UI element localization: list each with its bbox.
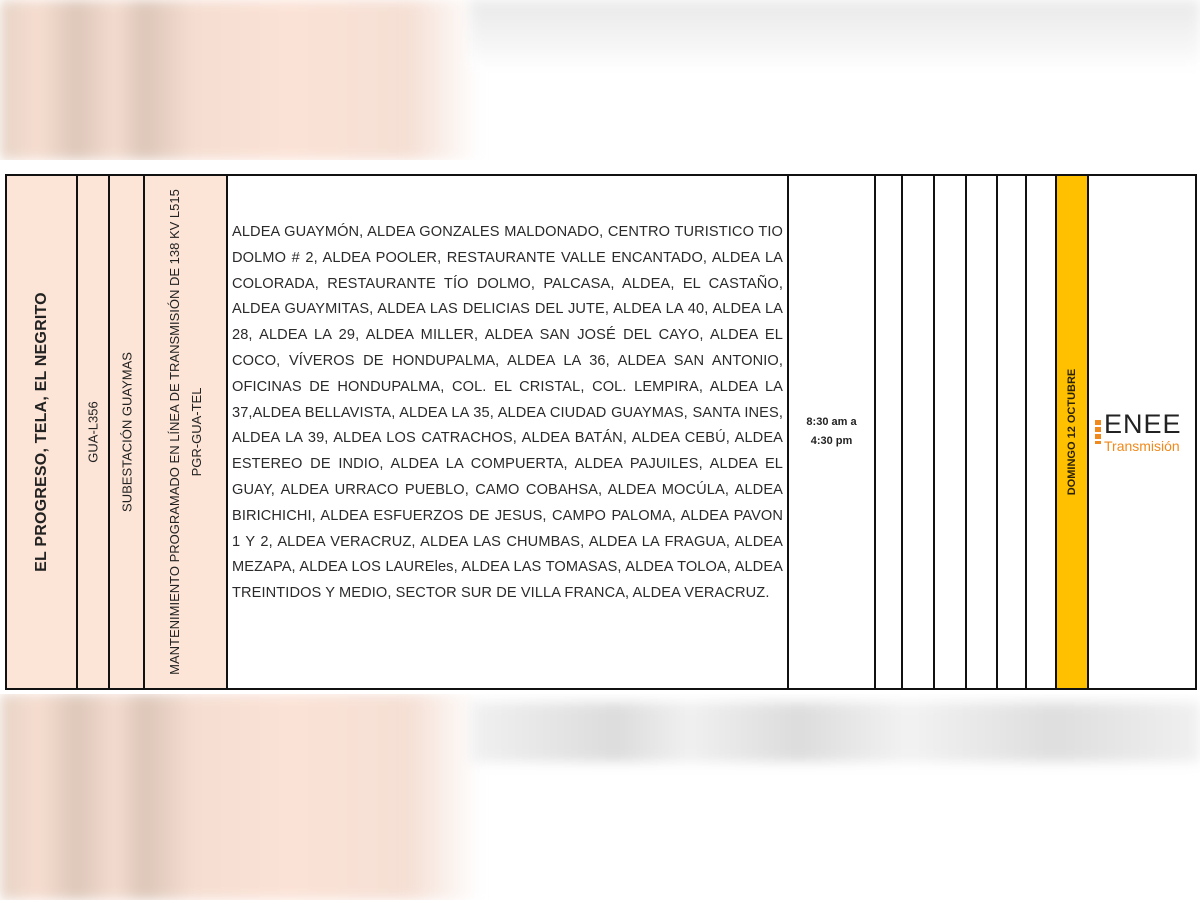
empty-day-cell bbox=[1027, 176, 1057, 688]
time-range: 8:30 am a 4:30 pm bbox=[789, 413, 874, 451]
blurred-peach-area bbox=[0, 694, 480, 900]
blurred-grey-area bbox=[470, 702, 1200, 762]
time-start: 8:30 am a bbox=[789, 413, 874, 432]
blurred-peach-area bbox=[0, 0, 480, 160]
circuit-code-cell: GUA-L356 bbox=[78, 176, 110, 688]
empty-day-cell bbox=[935, 176, 967, 688]
date-cell: DOMINGO 12 OCTUBRE bbox=[1057, 176, 1089, 688]
blurred-background-bottom bbox=[0, 694, 1200, 900]
enee-logo: ENEE Transmisión bbox=[1095, 411, 1182, 453]
substation-text: SUBESTACIÓN GUAYMAS bbox=[119, 352, 134, 512]
logo-subtitle: Transmisión bbox=[1104, 439, 1182, 453]
time-cell: 8:30 am a 4:30 pm bbox=[789, 176, 876, 688]
blurred-grey-area bbox=[470, 0, 1200, 70]
substation-cell: SUBESTACIÓN GUAYMAS bbox=[110, 176, 145, 688]
outage-schedule-row: EL PROGRESO, TELA, EL NEGRITO GUA-L356 S… bbox=[5, 174, 1197, 690]
circuit-code-text: GUA-L356 bbox=[86, 401, 101, 462]
affected-areas-cell: ALDEA GUAYMÓN, ALDEA GONZALES MALDONADO,… bbox=[228, 176, 789, 688]
empty-day-cell bbox=[903, 176, 935, 688]
work-description-cell: MANTENIMIENTO PROGRAMADO EN LÍNEA DE TRA… bbox=[145, 176, 228, 688]
logo-cell: ENEE Transmisión bbox=[1089, 176, 1195, 688]
logo-name: ENEE bbox=[1104, 411, 1182, 438]
work-description-text: MANTENIMIENTO PROGRAMADO EN LÍNEA DE TRA… bbox=[164, 182, 208, 682]
enee-logo-icon bbox=[1095, 420, 1101, 444]
blurred-background-top bbox=[0, 0, 1200, 160]
affected-areas-text: ALDEA GUAYMÓN, ALDEA GONZALES MALDONADO,… bbox=[232, 220, 783, 607]
time-end: 4:30 pm bbox=[789, 432, 874, 451]
empty-day-cell bbox=[876, 176, 903, 688]
date-text: DOMINGO 12 OCTUBRE bbox=[1066, 369, 1078, 496]
location-text: EL PROGRESO, TELA, EL NEGRITO bbox=[33, 292, 51, 572]
location-cell: EL PROGRESO, TELA, EL NEGRITO bbox=[7, 176, 78, 688]
empty-day-cell bbox=[967, 176, 998, 688]
empty-day-cell bbox=[998, 176, 1027, 688]
